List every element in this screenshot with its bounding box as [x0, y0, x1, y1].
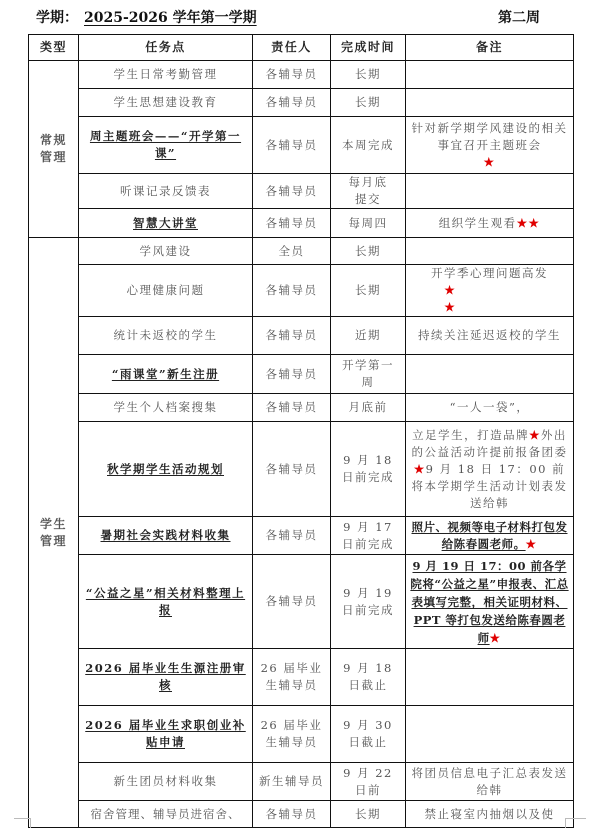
note-cell: 针对新学期学风建设的相关事宜召开主题班会★ [406, 117, 574, 174]
owner-cell: 各辅导员 [253, 801, 331, 828]
note-cell [406, 238, 574, 265]
owner-cell: 各辅导员 [253, 61, 331, 89]
table-row: “雨课堂”新生注册 各辅导员 开学第一周 [29, 355, 574, 394]
deadline-cell: 本周完成 [331, 117, 406, 174]
task-cell: 心理健康问题 [79, 265, 253, 317]
note-text: 9 月 18 日 17：00 前将本学期学生活动计划表发送给韩 [412, 462, 568, 510]
task-cell: 统计未返校的学生 [79, 317, 253, 355]
note-cell: 立足学生，打造品牌★外出的公益活动许提前报备团委★9 月 18 日 17：00 … [406, 422, 574, 517]
deadline-cell: 9 月 18 日截止 [331, 649, 406, 706]
category-line: 管理 [32, 149, 75, 166]
term-value: 2025-2026 学年第一学期 [84, 7, 271, 27]
task-cell: 听课记录反馈表 [79, 174, 253, 209]
star-icon: ★ [484, 155, 496, 169]
deadline-cell: 每月底提交 [331, 174, 406, 209]
table-row: 统计未返校的学生 各辅导员 近期 持续关注延迟返校的学生 [29, 317, 574, 355]
task-text: 2026 届毕业生生源注册审核 [85, 661, 246, 692]
table-row: 常规 管理 学生日常考勤管理 各辅导员 长期 [29, 61, 574, 89]
table-row: 心理健康问题 各辅导员 长期 开学季心理问题高发★★ [29, 265, 574, 317]
table-row: 宿舍管理、辅导员进宿舍、 各辅导员 长期 禁止寝室内抽烟以及使 [29, 801, 574, 828]
table-row: 周主题班会——“开学第一课” 各辅导员 本周完成 针对新学期学风建设的相关事宜召… [29, 117, 574, 174]
note-cell: 持续关注延迟返校的学生 [406, 317, 574, 355]
table-row: 新生团员材料收集 新生辅导员 9 月 22 日前 将团员信息电子汇总表发送给韩 [29, 763, 574, 801]
table-row: 秋学期学生活动规划 各辅导员 9 月 18 日前完成 立足学生，打造品牌★外出的… [29, 422, 574, 517]
task-cell: “雨课堂”新生注册 [79, 355, 253, 394]
term-label: 学期： [36, 7, 78, 27]
note-cell: 开学季心理问题高发★★ [406, 265, 574, 317]
task-cell: 暑期社会实践材料收集 [79, 517, 253, 555]
star-icon: ★ [414, 462, 426, 476]
category-student-management: 学生 管理 [29, 238, 79, 828]
deadline-cell: 长期 [331, 801, 406, 828]
table-row: 2026 届毕业生求职创业补贴申请 26 届毕业生辅导员 9 月 30 日截止 [29, 706, 574, 763]
table-header-row: 类型 任务点 责任人 完成时间 备注 [29, 35, 574, 61]
note-cell: “一人一袋”， [406, 394, 574, 422]
owner-cell: 各辅导员 [253, 317, 331, 355]
note-cell [406, 61, 574, 89]
table-row: “公益之星”相关材料整理上报 各辅导员 9 月 19 日前完成 9 月 19 日… [29, 555, 574, 649]
task-text: “雨课堂”新生注册 [112, 367, 219, 381]
deadline-cell: 开学第一周 [331, 355, 406, 394]
column-header-deadline: 完成时间 [331, 35, 406, 61]
deadline-cell: 月底前 [331, 394, 406, 422]
deadline-cell: 9 月 17 日前完成 [331, 517, 406, 555]
task-cell: 学生个人档案搜集 [79, 394, 253, 422]
note-cell [406, 355, 574, 394]
table-row: 智慧大讲堂 各辅导员 每周四 组织学生观看★★ [29, 209, 574, 238]
category-line: 管理 [32, 533, 75, 550]
owner-cell: 各辅导员 [253, 517, 331, 555]
owner-cell: 各辅导员 [253, 89, 331, 117]
task-cell: 学风建设 [79, 238, 253, 265]
week-label: 第二周 [498, 7, 540, 27]
deadline-cell: 近期 [331, 317, 406, 355]
note-text: 开学季心理问题高发 [431, 266, 548, 280]
column-header-owner: 责任人 [253, 35, 331, 61]
task-cell: 2026 届毕业生生源注册审核 [79, 649, 253, 706]
star-icon: ★ [529, 428, 541, 442]
task-cell: 学生思想建设教育 [79, 89, 253, 117]
owner-cell: 26 届毕业生辅导员 [253, 706, 331, 763]
table-row: 学生 管理 学风建设 全员 长期 [29, 238, 574, 265]
note-text: 照片、视频等电子材料打包发给陈春圆老师。 [412, 520, 568, 551]
note-cell [406, 706, 574, 763]
deadline-cell: 9 月 18 日前完成 [331, 422, 406, 517]
document-header: 学期： 2025-2026 学年第一学期 第二周 [0, 4, 596, 28]
task-cell: “公益之星”相关材料整理上报 [79, 555, 253, 649]
deadline-cell: 长期 [331, 238, 406, 265]
note-cell [406, 649, 574, 706]
note-text: 针对新学期学风建设的相关事宜召开主题班会 [412, 121, 568, 152]
column-header-type: 类型 [29, 35, 79, 61]
deadline-cell: 长期 [331, 61, 406, 89]
table-row: 学生思想建设教育 各辅导员 长期 [29, 89, 574, 117]
owner-cell: 各辅导员 [253, 209, 331, 238]
page-corner-mark-left [14, 818, 31, 828]
task-cell: 宿舍管理、辅导员进宿舍、 [79, 801, 253, 828]
owner-cell: 各辅导员 [253, 355, 331, 394]
task-text: 周主题班会——“开学第一课” [90, 129, 241, 160]
task-cell: 新生团员材料收集 [79, 763, 253, 801]
task-cell: 智慧大讲堂 [79, 209, 253, 238]
column-header-task: 任务点 [79, 35, 253, 61]
note-cell: 照片、视频等电子材料打包发给陈春圆老师。★ [406, 517, 574, 555]
column-header-note: 备注 [406, 35, 574, 61]
star-icon: ★ [526, 537, 538, 551]
note-text: 立足学生，打造品牌 [412, 428, 529, 442]
note-cell [406, 174, 574, 209]
owner-cell: 新生辅导员 [253, 763, 331, 801]
task-text: “公益之星”相关材料整理上报 [86, 586, 245, 617]
deadline-cell: 9 月 22 日前 [331, 763, 406, 801]
deadline-cell: 9 月 19 日前完成 [331, 555, 406, 649]
task-cell: 秋学期学生活动规划 [79, 422, 253, 517]
note-cell: 禁止寝室内抽烟以及使 [406, 801, 574, 828]
deadline-cell: 每周四 [331, 209, 406, 238]
owner-cell: 各辅导员 [253, 422, 331, 517]
category-line: 常规 [32, 132, 75, 149]
owner-cell: 各辅导员 [253, 117, 331, 174]
category-line: 学生 [32, 516, 75, 533]
owner-cell: 26 届毕业生辅导员 [253, 649, 331, 706]
task-cell: 2026 届毕业生求职创业补贴申请 [79, 706, 253, 763]
star-icon: ★★ [444, 283, 534, 314]
note-cell: 9 月 19 日 17：00 前各学院将“公益之星”申报表、汇总表填写完整，相关… [406, 555, 574, 649]
owner-cell: 各辅导员 [253, 174, 331, 209]
task-cell: 学生日常考勤管理 [79, 61, 253, 89]
table-row: 2026 届毕业生生源注册审核 26 届毕业生辅导员 9 月 18 日截止 [29, 649, 574, 706]
star-icon: ★★ [517, 216, 541, 230]
owner-cell: 各辅导员 [253, 265, 331, 317]
deadline-cell: 9 月 30 日截止 [331, 706, 406, 763]
note-text: 组织学生观看 [439, 216, 517, 230]
task-text: 秋学期学生活动规划 [107, 462, 224, 476]
page-corner-mark-right [565, 818, 586, 828]
table-row: 暑期社会实践材料收集 各辅导员 9 月 17 日前完成 照片、视频等电子材料打包… [29, 517, 574, 555]
note-cell: 组织学生观看★★ [406, 209, 574, 238]
table-row: 学生个人档案搜集 各辅导员 月底前 “一人一袋”， [29, 394, 574, 422]
deadline-cell: 长期 [331, 89, 406, 117]
owner-cell: 全员 [253, 238, 331, 265]
task-text: 2026 届毕业生求职创业补贴申请 [85, 718, 246, 749]
star-icon: ★ [490, 631, 502, 645]
task-table: 类型 任务点 责任人 完成时间 备注 常规 管理 学生日常考勤管理 各辅导员 长… [28, 34, 574, 828]
task-text: 暑期社会实践材料收集 [101, 528, 231, 542]
task-cell: 周主题班会——“开学第一课” [79, 117, 253, 174]
deadline-cell: 长期 [331, 265, 406, 317]
category-routine-management: 常规 管理 [29, 61, 79, 238]
task-text: 智慧大讲堂 [133, 216, 198, 230]
table-row: 听课记录反馈表 各辅导员 每月底提交 [29, 174, 574, 209]
note-cell [406, 89, 574, 117]
note-cell: 将团员信息电子汇总表发送给韩 [406, 763, 574, 801]
owner-cell: 各辅导员 [253, 394, 331, 422]
owner-cell: 各辅导员 [253, 555, 331, 649]
